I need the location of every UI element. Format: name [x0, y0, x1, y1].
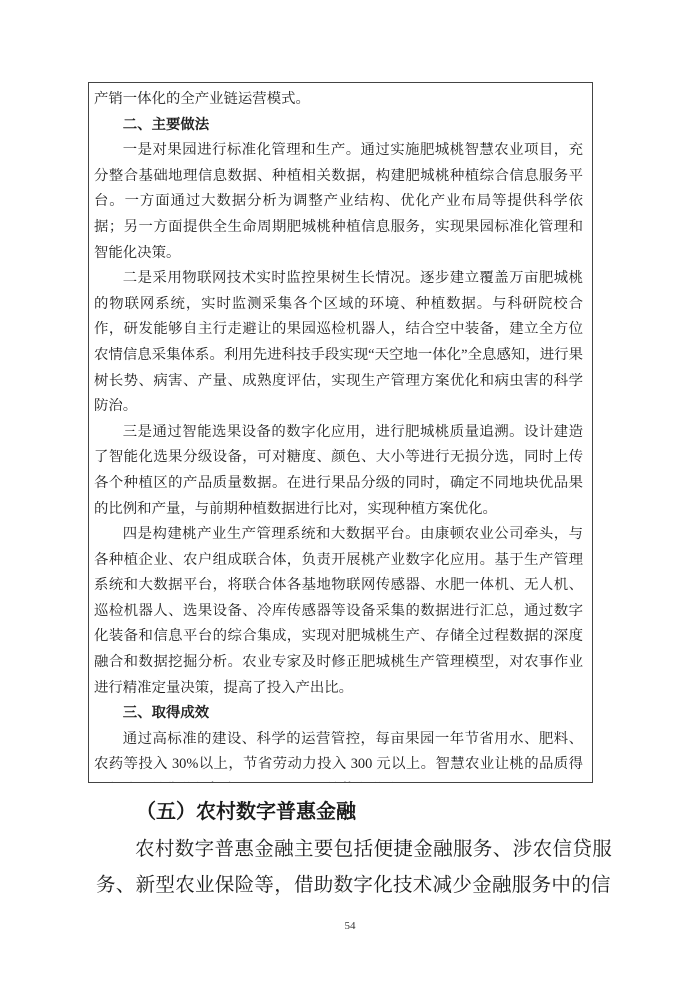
- section-heading: （五）农村数字普惠金融: [96, 797, 612, 827]
- paragraph: 四是构建桃产业生产管理系统和大数据平台。由康顿农业公司牵头，与各种植企业、农户组…: [94, 522, 583, 701]
- bordered-text-cell: 产销一体化的全产业链运营模式。 二、主要做法 一是对果园进行标准化管理和生产。通…: [88, 82, 593, 783]
- paragraph: 一是对果园进行标准化管理和生产。通过实施肥城桃智慧农业项目，充分整合基础地理信息…: [94, 138, 583, 266]
- paragraph: 二、主要做法: [94, 113, 583, 139]
- paragraph: 三、取得成效: [94, 701, 583, 727]
- paragraph: 二是采用物联网技术实时监控果树生长情况。逐步建立覆盖万亩肥城桃的物联网系统，实时…: [94, 266, 583, 420]
- document-page: 产销一体化的全产业链运营模式。 二、主要做法 一是对果园进行标准化管理和生产。通…: [0, 0, 700, 990]
- paragraph: 产销一体化的全产业链运营模式。: [94, 87, 583, 113]
- paragraph: 通过高标准的建设、科学的运营管控，每亩果园一年节省用水、肥料、农药等投入 30%…: [94, 727, 583, 783]
- paragraph: 三是通过智能选果设备的数字化应用，进行肥城桃质量追溯。设计建造了智能化选果分级设…: [94, 420, 583, 522]
- page-number: 54: [0, 920, 700, 932]
- section-five: （五）农村数字普惠金融 农村数字普惠金融主要包括便捷金融服务、涉农信贷服务、新型…: [96, 797, 612, 903]
- section-paragraph: 农村数字普惠金融主要包括便捷金融服务、涉农信贷服务、新型农业保险等，借助数字化技…: [96, 832, 612, 903]
